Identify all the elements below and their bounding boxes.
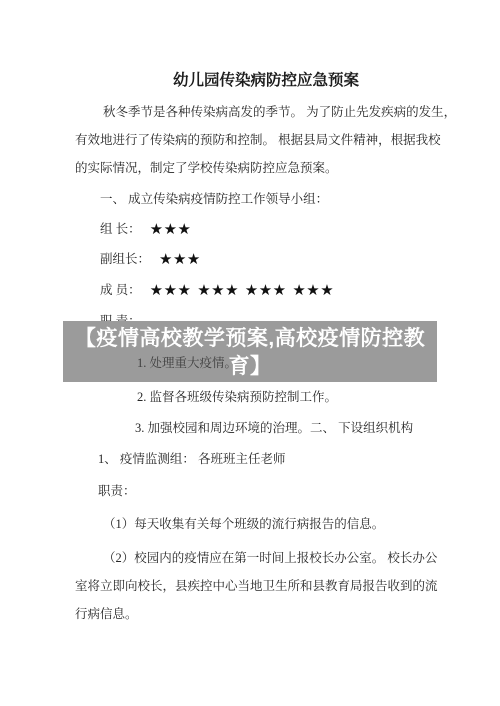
watermark-caption: 【疫情高校教学预案,高校疫情防控教育】 bbox=[63, 321, 437, 382]
members-stars: ★★★ ★★★ ★★★ ★★★ bbox=[150, 281, 335, 299]
members-label: 成 员： bbox=[100, 283, 141, 297]
deputy-stars: ★★★ bbox=[159, 250, 201, 268]
item-2-line-3: 行病信息。 bbox=[75, 607, 138, 622]
leader-row: 组 长：★★★ bbox=[100, 222, 191, 237]
document-page: 幼儿园传染病防控应急预案 秋冬季节是各种传染病高发的季节。 为了防止先发疾病的发… bbox=[0, 0, 500, 706]
intro-line-1: 秋冬季节是各种传染病高发的季节。 为了防止先发疾病的发生， bbox=[103, 105, 456, 120]
leader-stars: ★★★ bbox=[150, 220, 192, 238]
document-title: 幼儿园传染病防控应急预案 bbox=[0, 68, 500, 90]
duty-item-2: 2. 监督各班级传染病预防控制工作。 bbox=[137, 390, 337, 405]
members-row: 成 员：★★★ ★★★ ★★★ ★★★ bbox=[100, 283, 334, 298]
deputy-label: 副组长： bbox=[100, 252, 150, 266]
item-2-line-2: 室将立即向校长，县疾控中心当地卫生所和县教育局报告收到的流 bbox=[75, 579, 438, 594]
duty-item-3: 3. 加强校园和周边环境的治理。二、 下设组织机构 bbox=[135, 421, 413, 436]
leader-label: 组 长： bbox=[100, 222, 141, 236]
duty-heading-2: 职责： bbox=[98, 484, 136, 499]
intro-line-3: 的实际情况，制定了学校传染病防控应急预案。 bbox=[75, 161, 338, 176]
item-1: （1）每天收集有关每个班级的流行病报告的信息。 bbox=[103, 517, 384, 532]
intro-line-2: 有效地进行了传染病的预防和控制。 根据县局文件精神，根据我校 bbox=[75, 133, 441, 148]
deputy-row: 副组长：★★★ bbox=[100, 252, 201, 267]
item-2-line-1: （2）校园内的疫情应在第一时间上报校长办公室。 校长办公 bbox=[103, 551, 437, 566]
group1-line: 1、 疫情监测组： 各班班主任老师 bbox=[98, 452, 286, 467]
section1-heading: 一、 成立传染病疫情防控工作领导小组： bbox=[100, 192, 328, 207]
